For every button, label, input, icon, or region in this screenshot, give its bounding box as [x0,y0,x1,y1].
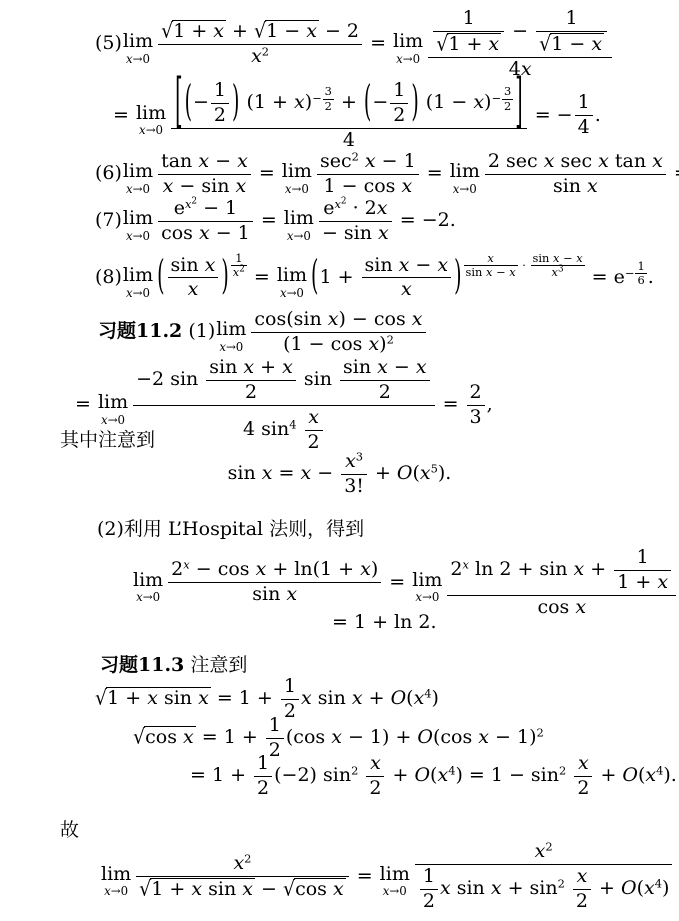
numerator: 1 [254,753,272,776]
math-var: x [412,308,423,330]
math-row: 习题11.2 (1)limx→0cos(sin x) − cos x(1 − c… [98,320,428,342]
numerator: x [573,866,591,889]
math-text: ) [662,877,669,899]
limit-subscript: x→0 [393,53,423,65]
math-text: . [595,104,601,126]
numerator: √1 + x + √1 − x − 2 [158,20,362,44]
fraction: 11 + x [614,547,671,594]
math-text: (2)利用 L’Hospital 法则，得到 [97,518,364,540]
math-row: = 1 + 12(−2) sin2 x2 + O(x4) = 1 − sin2 … [190,764,677,786]
denominator: cos x − 1 [158,221,253,245]
math-text: 1 [423,865,435,887]
limit-subscript: x→0 [123,230,153,242]
math-var: x [553,251,559,265]
math-text: (5) [95,32,122,54]
math-text: (1 + x) [240,91,312,113]
math-var: x [377,197,388,219]
math-var: x [285,182,292,196]
denominator: 4 [575,115,593,139]
radicand: cos x [294,878,346,901]
numerator: [(−12) (1 + x)−32 + (−12) (1 − x)−32] [171,80,527,128]
limit-operator: limx→0 [282,162,312,195]
fraction: 2x ln 2 + sin x + 11 + xcos x [447,547,676,619]
math-row: 4 sin4 x2 [243,418,325,440]
math-var: x [286,583,297,605]
math-text: 1 [637,546,649,568]
math-text: sin x − x [365,254,449,276]
math-text: 2 [393,104,405,126]
math-row: 1√1 + x − 1√1 − x [431,20,609,42]
math-text: 2 [244,852,251,866]
math-text: − [372,91,388,113]
math-var: x [233,852,244,874]
eq2-line1: limx→02x − cos x + ln(1 + x)sin x = limx… [132,547,678,619]
math-var: x [280,286,287,300]
numerator: 1 [433,8,504,31]
radical-sign-icon: √ [283,878,295,902]
math-var: x [282,356,293,378]
math-text: x [188,278,199,300]
limit-word: lim [123,266,153,286]
eq8: (8)limx→0(sin xx)1x2 = limx→0(1 + sin x … [95,252,654,301]
denominator: 2 [323,99,334,113]
ex113-l3: = 1 + 12(−2) sin2 x2 + O(x4) = 1 − sin2 … [190,753,677,800]
fraction: sin x − x2 [340,357,430,404]
math-text: 2 [423,890,435,912]
math-text: 3! [344,475,364,497]
math-text: sec [320,150,352,172]
limit-word: lim [412,571,442,591]
math-text: = [351,865,379,887]
math-text: x [251,45,262,67]
math-row: √1 + x sin x = 1 + 12x sin x + O(x4) [95,687,439,709]
superscript: x2 [334,197,346,211]
superscript: 2 [352,150,359,164]
numerator: x2 [136,853,349,876]
limit-operator: limx→0 [284,209,314,242]
math-text: = 1 + [211,687,279,709]
numerator: 3 [502,85,513,98]
math-row: sec2 x − 1 [320,150,416,172]
math-text: − [193,91,209,113]
math-text: x [401,278,412,300]
math-var: x [657,571,668,593]
math-row: limx→0x2√1 + x sin x − √cos x = limx→0x2… [100,865,679,887]
superscript: 5 [431,462,438,476]
note-1: 其中注意到 [60,428,155,453]
math-var: x [652,150,663,172]
numerator: sin x − x [531,252,585,265]
math-var: O [391,687,407,709]
math-text: · [519,258,530,272]
math-text: − sin x [322,222,389,244]
math-text: = e [586,266,625,288]
math-text: 1 [393,79,405,101]
math-var: x [308,406,319,428]
math-text [566,764,572,786]
math-text: 3 [558,265,564,275]
fraction: sec2 x − 11 − cos x [317,151,419,198]
math-var: x [331,726,342,748]
math-var: x [183,726,194,748]
math-text: x sin x + O(x [301,687,424,709]
math-text: = [113,104,135,126]
math-text: 2 [576,890,588,912]
denominator: 1 + x [614,570,671,594]
math-var: x [437,254,448,276]
numerator: 2 sec x sec x tan x [485,151,666,174]
denominator: 1 − cos x [317,174,419,198]
math-var: x [199,222,210,244]
math-var: x [396,52,403,66]
eq5-line2: = limx→0[(−12) (1 + x)−32 + (−12) (1 − x… [113,80,601,152]
math-text: 3 [356,450,363,464]
math-var: O [621,877,637,899]
math-text: 注意到 [184,654,247,676]
numerator: −2 sin sin x + x2 sin sin x − x2 [133,357,434,405]
math-row: 12x sin x + sin2 x2 + O(x4) [418,877,670,899]
math-row: ex2 · 2x [323,197,387,219]
math-text: x [578,752,589,774]
numerator: 1 [390,80,408,103]
math-text: 6 [637,273,644,287]
numerator: sin x + x [206,357,296,380]
fraction: 14 [575,92,593,139]
numerator: 1√1 + x − 1√1 − x [428,8,612,57]
superscript: xsin x − x · sin x − xx3 [463,258,586,272]
numerator: 1 [281,676,299,699]
limit-word: lim [277,266,307,286]
limit-subscript: x→0 [282,183,312,195]
math-text: sin x − x [533,251,583,265]
limit-word: lim [136,104,166,124]
fraction: ex2 − 1cos x − 1 [158,198,253,245]
superscript: 2 [262,45,269,59]
math-text: 1 + x sin x [151,878,253,900]
big-delimiter: ) [221,257,228,297]
numerator: 1 [536,8,607,31]
fraction: 1√1 + x [433,8,504,56]
math-var: x [644,877,655,899]
math-text: · 2x [347,197,388,219]
sqrt: √cos x [133,725,196,750]
math-document-page: (5)limx→0√1 + x + √1 − x − 2x2 = limx→01… [0,0,679,921]
superscript: 2 [239,265,245,275]
denominator: 2 [366,776,384,800]
math-row: √1 + x + √1 − x − 2 [161,20,359,42]
math-var: x [191,878,202,900]
math-var: x [645,764,656,786]
numerator: 1 [420,866,438,889]
numerator: sin x − x [340,357,430,380]
math-var: x [188,278,199,300]
math-var: x [399,254,410,276]
bold-label: 习题11.2 [98,320,182,342]
math-text: e [174,197,185,219]
bold-label: 习题11.3 [100,654,184,676]
math-row: (8)limx→0(sin xx)1x2 = limx→0(1 + sin x … [95,266,654,288]
math-var: x [360,558,371,580]
math-var: x [198,687,209,709]
math-text: = [248,266,276,288]
math-var: x [333,878,344,900]
fraction: 2 sec x sec x tan xsin x [485,151,666,198]
math-var: x [306,20,317,42]
fraction: 16 [635,260,646,287]
math-text: 5 [431,462,438,476]
superscript: 2 [545,840,552,854]
math-var: x [416,356,427,378]
limit-word: lim [98,393,128,413]
item2: (2)利用 L’Hospital 法则，得到 [97,517,364,542]
math-var: x [287,229,294,243]
denominator: x3 [531,265,585,279]
math-var: x [136,590,143,604]
math-text: (6) [95,162,122,184]
math-text: 1 − x [551,33,602,55]
math-row: (6)limx→0tan x − xx − sin x = limx→0sec2… [95,162,679,184]
math-text: ln 2 + sin x + [469,558,612,580]
math-var: x [256,558,267,580]
math-text: = [674,865,679,887]
math-text: x sin x + sin [440,877,558,899]
math-text: sin x − x [343,356,427,378]
limit-word: lim [133,571,163,591]
radicand: 1 + x sin x [150,878,255,901]
math-var: x [535,840,546,862]
radical-sign-icon: √ [539,33,551,57]
math-text: 2 [545,840,552,854]
math-text: ) [432,687,439,709]
math-text: cos x [295,878,344,900]
math-text: (1 − x) [420,91,492,113]
math-var: x [401,175,412,197]
math-var: x [473,91,484,113]
math-text: 1 [235,251,242,265]
limit-word: lim [282,162,312,182]
denominator: x2 [158,44,362,68]
radical-sign-icon: √ [133,724,145,751]
math-var: x [575,596,586,618]
math-text: x [577,865,588,887]
fraction: tan x − xx − sin x [158,151,251,198]
math-var: x [163,175,174,197]
limit-subscript: x→0 [98,414,128,426]
denominator: 4 sin4 x2 [133,405,434,454]
eq5-line1: (5)limx→0√1 + x + √1 − x − 2x2 = limx→01… [95,8,614,81]
limit-operator: limx→0 [98,393,128,426]
math-row: 习题11.3 注意到 [100,654,247,676]
math-var: x [491,877,502,899]
math-text: + O(x [594,764,656,786]
math-text: = 2. [668,162,679,184]
sqrt: √1 + x sin x [139,878,255,901]
math-var: x [213,20,224,42]
fraction: x2 [305,407,323,454]
math-text: 4 [655,877,662,891]
math-text: 2 sec x sec x tan x [488,150,663,172]
fraction: 12 [254,753,272,800]
fraction: 1x2 [231,252,247,279]
limit-subscript: x→0 [133,591,163,603]
math-text: 2 [308,431,320,453]
limit-operator: limx→0 [123,209,153,242]
math-text: = 1 + [190,764,252,786]
math-text: = [253,162,281,184]
math-row: 其中注意到 [60,429,155,451]
fraction: cos(sin x) − cos x(1 − cos x)2 [251,309,425,356]
radicand: 1 + x [172,20,226,43]
math-row: −32 [312,91,335,105]
math-row: x2 [535,840,553,862]
disp-sin: sin x = x − x33! + O(x5). [0,451,679,498]
math-text: cos x [537,596,586,618]
math-var: x [352,687,363,709]
math-text: 1 − x [266,20,317,42]
math-var: x [370,752,381,774]
math-text: 2 [470,381,482,403]
denominator: 2 [206,380,296,404]
math-text: 1 [463,7,475,29]
math-var: x [591,33,602,55]
math-text: = −2. [394,209,456,231]
math-row: limx→02x − cos x + ln(1 + x)sin x = limx… [132,571,678,593]
math-row: −32 [491,91,514,105]
math-text: e [323,197,334,219]
math-text: − 2 [319,20,359,42]
superscript: −32 [491,91,514,105]
radicand: 1 + x [447,33,501,56]
math-text: 其中注意到 [60,429,155,451]
math-var: x [587,175,598,197]
limit-subscript: x→0 [277,287,307,299]
fraction: x2 [573,866,591,913]
math-row: x2 [233,265,245,279]
numerator: 1 [211,80,229,103]
superscript: 4 [289,418,296,432]
math-text: 1 − cos x [323,175,412,197]
superscript: 4 [424,687,431,701]
superscript: 2 [387,333,394,347]
math-var: x [301,687,312,709]
denominator: cos x [447,595,676,619]
math-text: − [625,266,635,280]
denominator: 2 [211,103,229,127]
math-text: x [370,752,381,774]
math-text: 1 + x [173,20,224,42]
limit-word: lim [123,209,153,229]
superscript: 2 [537,726,544,740]
denominator: sin x [485,174,666,198]
math-text: 2 [257,777,269,799]
math-row: sin x = x − x33! + O(x5). [228,462,452,484]
numerator: x [366,753,384,776]
math-row: (5)limx→0√1 + x + √1 − x − 2x2 = limx→01… [95,32,614,54]
limit-operator: limx→0 [123,162,153,195]
math-text: (7) [95,209,122,231]
math-text: 1 + [319,266,359,288]
radicand: 1 − x [265,20,319,43]
math-var: x [415,590,422,604]
math-row: = limx→0−2 sin sin x + x2 sin sin x − x2… [75,393,493,415]
denominator: x [362,277,452,301]
math-text: = [255,209,283,231]
math-var: x [345,450,356,472]
superscript: 4 [655,877,662,891]
math-var: x [365,150,376,172]
math-var: x [104,884,111,898]
math-text: 1 + x [617,571,668,593]
math-var: x [487,251,493,265]
math-text: = − [529,104,573,126]
radical-sign-icon: √ [254,21,266,45]
math-text: x [487,251,493,265]
math-text: = [421,162,449,184]
superscript: −16 [625,266,648,280]
fraction: 23 [467,382,485,429]
fraction: 2x − cos x + ln(1 + x)sin x [168,559,381,606]
numerator: x [574,753,592,776]
fraction: x212x sin x + sin2 x2 + O(x4) [415,841,673,913]
fraction: x2 [366,753,384,800]
math-text: 1 [578,91,590,113]
math-row: = 1 + ln 2. [332,611,437,633]
math-text: 1 [269,714,281,736]
big-delimiter: ( [185,82,192,124]
math-var: x [440,877,451,899]
math-row: xsin x − x · sin x − xx3 [463,258,586,272]
math-text: 1 [284,675,296,697]
limit-word: lim [216,320,246,340]
radical-sign-icon: √ [436,33,448,57]
sqrt: √1 + x [436,33,501,56]
denominator: 2 [574,776,592,800]
math-row: ex2 − 1 [174,197,237,219]
fraction: ex2 · 2x− sin x [319,198,392,245]
numerator: 1 [614,547,671,570]
math-var: x [437,764,448,786]
denominator: x [168,277,219,301]
limit-operator: limx→0 [277,266,307,299]
denominator: (1 − cos x)2 [251,332,425,356]
math-row: x3 [552,265,564,279]
math-var: x [300,462,311,484]
denominator: 6 [635,273,646,287]
numerator: ex2 − 1 [158,198,253,221]
math-text [358,764,364,786]
radical-sign-icon: √ [161,21,173,45]
numerator: sin x − x [362,255,452,278]
math-text: − [255,878,283,900]
limit-operator: limx→0 [393,32,423,65]
ex113-title: 习题11.3 注意到 [100,653,247,678]
numerator: 2x − cos x + ln(1 + x) [168,559,381,582]
limit-operator: limx→0 [123,32,153,65]
math-text: 2 [369,777,381,799]
math-text: 1 [566,7,578,29]
math-text: 4 [578,116,590,138]
math-var: x [251,45,262,67]
math-row: x3 [345,450,363,472]
math-text: 2 [171,558,183,580]
denominator: x2 [231,265,247,279]
limit-operator: limx→0 [412,571,442,604]
math-var: x [509,265,515,279]
math-text: 1 [214,79,226,101]
limit-subscript: x→0 [380,885,410,897]
math-row: √1 + x [436,33,501,55]
limit-subscript: x→0 [136,124,166,136]
